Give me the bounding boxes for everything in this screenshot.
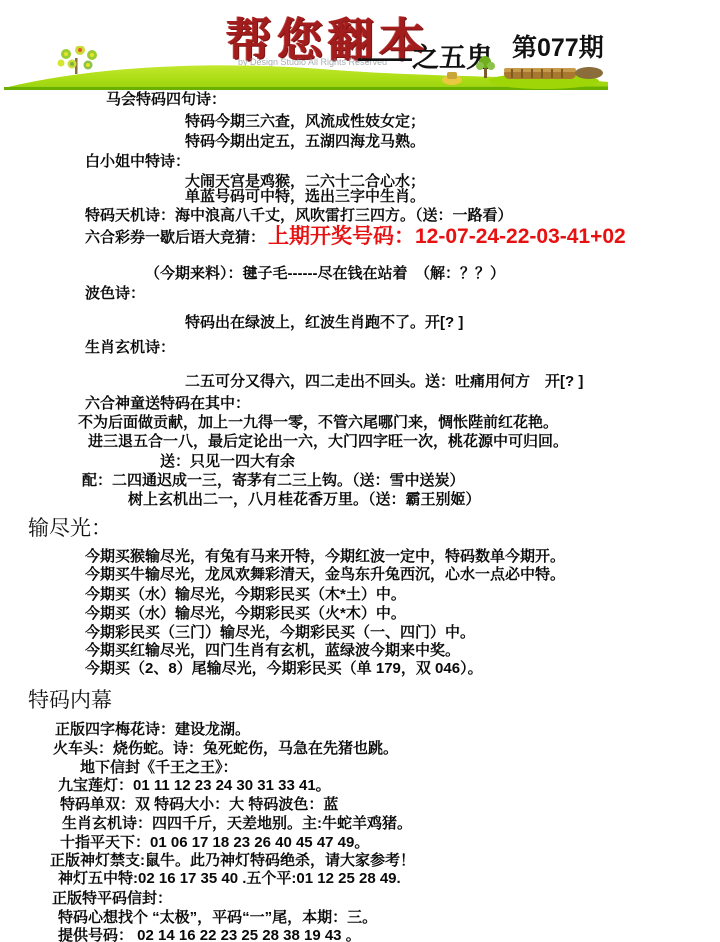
poem-line: 单蓝号码可中特，选出三字中生肖。 <box>185 185 425 206</box>
poem-line: 进三退五合一八，最后定论出一六，大门四字旺一次，桃花源中可归回。 <box>88 430 568 451</box>
tip-line: 火车头：烧伤蛇。诗：兔死蛇伤，马急在先猪也跳。 <box>53 737 398 758</box>
poem-line: 今期买（水）输尽光，今期彩民买（木*土）中。 <box>85 583 406 604</box>
poem-line: 白小姐中特诗： <box>85 150 190 171</box>
flower-decoration <box>58 46 98 74</box>
poem-line: 树上玄机出二一，八月桂花香万里。（送：霸王别姬） <box>128 488 481 509</box>
poem-line: 特码天机诗：海中浪高八千丈，风吹雷打三四方。（送：一路看） <box>85 204 513 225</box>
tip-line: 特码单双：双 特码大小：大 特码波色：蓝 <box>60 793 338 814</box>
tip-sheet-page: 帮您翻本 by Design Studio All Rights Reserve… <box>0 0 720 942</box>
poem-line: 特码今期出定五，五湖四海龙马熟。 <box>185 130 425 151</box>
poem-line: 今期买（水）输尽光，今期彩民买（火*木）中。 <box>85 602 406 623</box>
tip-line: 九宝莲灯：01 11 12 23 24 30 31 33 41。 <box>58 774 331 795</box>
poem-line: 配：二四通迟成一三，寄茅有二三上钩。（送：雪中送炭） <box>82 469 465 490</box>
poem-line: 生肖玄机诗： <box>85 336 175 357</box>
poem-line: 马会特码四句诗： <box>106 88 226 109</box>
grass-banner <box>4 46 608 90</box>
poem-line: 今期买（2、8）尾输尽光，今期彩民买（单 179，双 046）。 <box>85 657 483 678</box>
section-heading-neimu: 特码内幕 <box>28 684 112 714</box>
poem-line: 波色诗： <box>85 282 145 303</box>
poem-line: 特码今期三六查，风流成性妓女定； <box>185 110 425 131</box>
poem-line: 不为后面做贡献，加上一九得一零，不管六尾哪门来，惆怅陛前红花艳。 <box>78 411 558 432</box>
poem-line: （今期来料）：毽子毛------尽在钱在站着 （解：？？） <box>145 262 505 283</box>
tip-line: 神灯五中特:02 16 17 35 40 .五个平:01 12 25 28 49… <box>58 867 401 888</box>
poem-line: 特码出在绿波上，红波生肖跑不了。开[? ] <box>185 311 463 332</box>
tip-line: 正版特平码信封： <box>52 887 172 908</box>
poem-line: 今期买牛输尽光，龙凤欢舞彩清天，金鸟东升兔西沉，心水一点必中特。 <box>85 563 565 584</box>
poem-line: 六合彩券一歇后语大竞猜： <box>85 226 265 247</box>
tip-line: 提供号码： 02 14 16 22 23 25 28 38 19 43 。 <box>58 924 361 942</box>
poem-line: 六合神童送特码在其中： <box>85 392 250 413</box>
section-heading-shujinguang: 输尽光： <box>28 512 112 542</box>
tip-line: 生肖玄机诗：四四千斤，天差地别。主:牛蛇羊鸡猪。 <box>62 812 412 833</box>
poem-line: 送：只见一四大有余 <box>160 450 295 471</box>
tip-line: 正版四字梅花诗：建设龙湖。 <box>55 718 250 739</box>
poem-line: 二五可分又得六，四二走出不回头。送：吐痛用何方 开[? ] <box>185 370 583 391</box>
